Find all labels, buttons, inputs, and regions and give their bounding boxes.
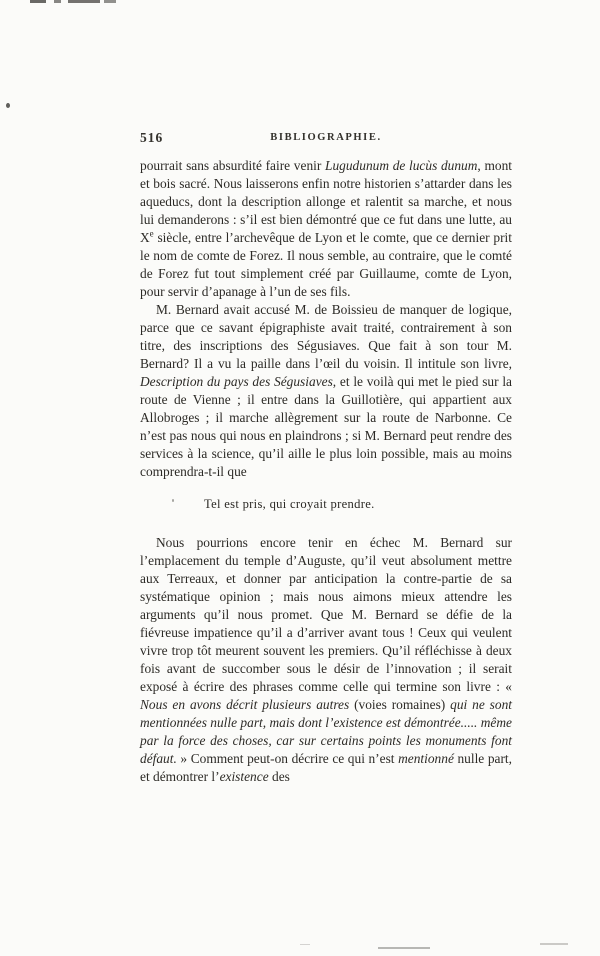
running-header: BIBLIOGRAPHIE.	[140, 130, 512, 143]
paragraph: pourrait sans absurdité faire venir Lugu…	[140, 157, 512, 301]
scan-artifact-dot	[6, 103, 10, 108]
scan-artifact-dash	[68, 0, 100, 3]
paragraph: Nous pourrions encore tenir en échec M. …	[140, 534, 512, 786]
scan-artifact-dash	[54, 0, 61, 3]
paragraph: M. Bernard avait accusé M. de Boissieu d…	[140, 301, 512, 481]
verse-quote: Tel est pris, qui croyait prendre.	[204, 495, 512, 513]
text-column: 516 BIBLIOGRAPHIE. pourrait sans absurdi…	[140, 130, 512, 786]
scan-artifact-dash	[30, 0, 46, 3]
body-text: pourrait sans absurdité faire venir Lugu…	[140, 157, 512, 786]
page-header: 516 BIBLIOGRAPHIE.	[140, 130, 512, 152]
page-number: 516	[140, 130, 163, 146]
scan-artifact-smudge	[300, 944, 310, 945]
scan-artifact-smudge	[540, 943, 568, 945]
scan-artifact-smudge	[378, 947, 430, 949]
scan-artifact-dash	[104, 0, 116, 3]
scanned-page: 516 BIBLIOGRAPHIE. pourrait sans absurdi…	[0, 0, 600, 956]
